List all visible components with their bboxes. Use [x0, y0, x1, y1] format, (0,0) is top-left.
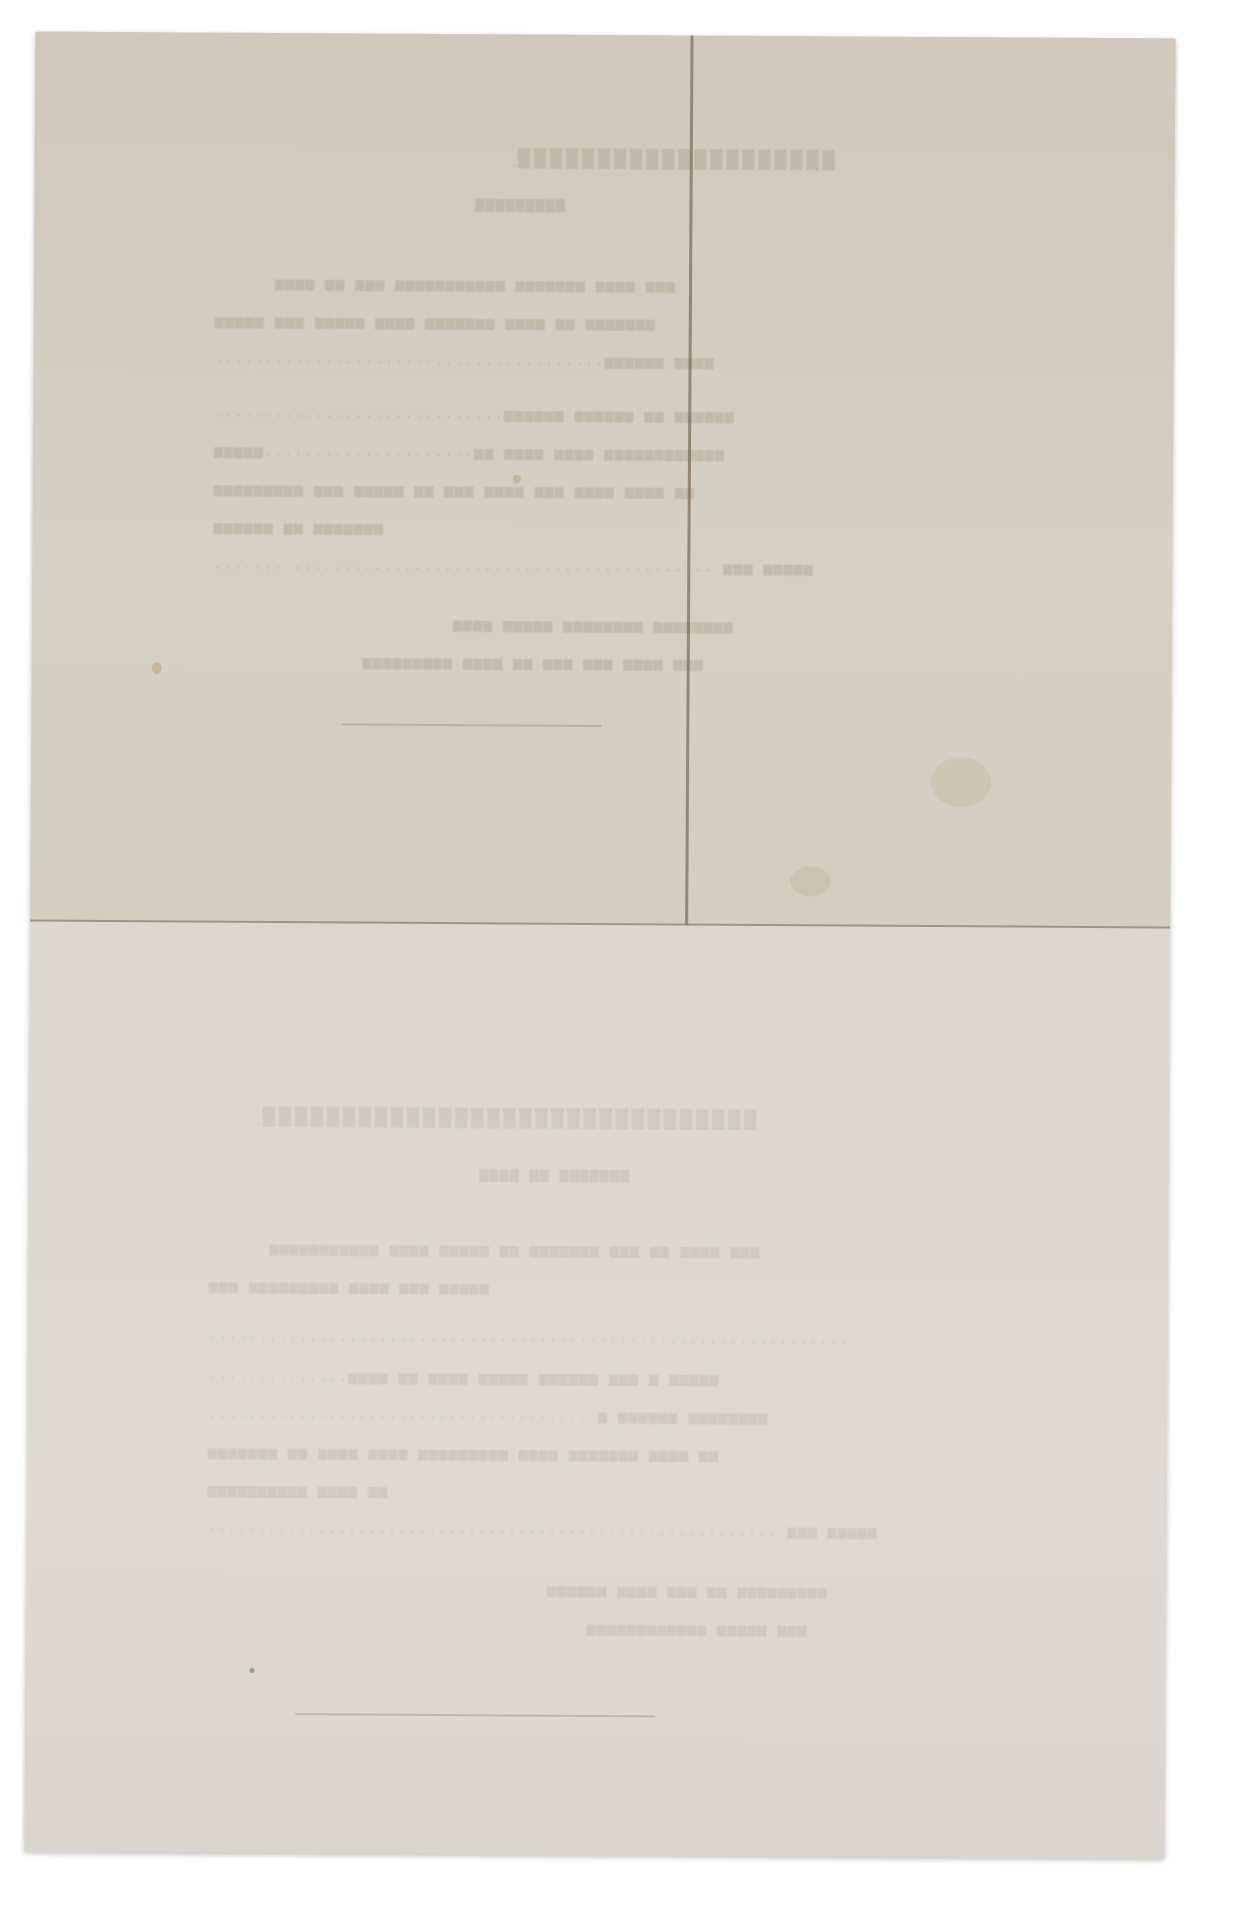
paper-sheet: ▇▇▇▇▇▇▇▇▇▇▇▇▇▇▇▇▇▇▇▇ ▆▆▆▆▆▆▆▆▆ ▅▅▅ ▅▅▅▅ … [24, 32, 1175, 1859]
upper-line-ghost: ▅▅▅▅▅▅▅ ▅▅ ▅▅▅▅ ▅▅▅▅▅▅▅ ▅▅▅▅ ▅▅▅▅▅ ▅▅▅ ▅… [214, 311, 655, 333]
upper-subtitle-ghost: ▆▆▆▆▆▆▆▆▆ [474, 194, 564, 214]
lower-line-ghost: ▅▅▅▅▅▅▅▅ ▅▅▅▅▅▅ ▅ ......................… [207, 1404, 768, 1426]
lower-title-ghost: ▇▇▇▇▇▇▇▇▇▇▇▇▇▇▇▇▇▇▇▇▇▇▇▇▇▇▇▇▇▇▇ [259, 1103, 756, 1132]
upper-line-ghost: ▅▅▅ ▅▅▅▅ ▅▅▅ ▅▅▅ ▅▅ ▅▅▅▅ ▅▅▅▅▅▅▅▅▅ [362, 652, 703, 673]
upper-line-ghost: ▅▅▅▅▅ ▅▅▅ ..............................… [212, 555, 812, 578]
upper-line-ghost: ▅▅▅▅▅▅ ▅▅ ▅▅▅▅▅▅ ▅▅▅▅▅▅.................… [213, 403, 734, 425]
lower-line-ghost: ▅▅ ▅▅▅▅ ▅▅▅▅▅▅▅▅▅▅ [207, 1480, 388, 1500]
lower-line-ghost: ▅▅▅▅▅▅▅▅▅ ▅▅ ▅▅▅ ▅▅▅▅ ▅▅▅▅▅▅ [546, 1580, 827, 1601]
ink-dot [250, 1668, 255, 1673]
upper-line-ghost: ▅▅▅▅ ▅▅▅▅▅▅.............................… [214, 349, 714, 371]
upper-line-ghost: ▅▅▅▅▅▅▅ ▅▅ ▅▅▅▅▅▅ [212, 517, 383, 537]
lower-line-ghost: ▅▅▅ ▅▅▅▅ ▅▅ ▅▅▅ ▅▅▅▅▅▅▅ ▅▅ ▅▅▅▅▅ ▅▅▅▅ ▅▅… [268, 1238, 759, 1260]
upper-line-ghost: ▅▅▅▅▅▅▅▅▅▅▅▅ ▅▅▅▅ ▅▅▅▅ ▅▅...............… [213, 441, 724, 463]
lower-line-ghost: ▅▅▅▅▅ ▅▅▅ ..............................… [206, 1518, 876, 1541]
lower-line-ghost: ▅▅▅▅▅ ▅▅▅ ▅▅▅▅ ▅▅▅▅▅▅▅▅▅ ▅▅▅ [208, 1276, 489, 1297]
lower-panel: ▇▇▇▇▇▇▇▇▇▇▇▇▇▇▇▇▇▇▇▇▇▇▇▇▇▇▇▇▇▇▇ ▆▆▆▆▆▆▆ … [24, 922, 1170, 1859]
lower-line-ghost: ▅▅▅ ▅▅▅▅▅ ▅▅▅▅▅▅▅▅▅▅▅▅ [586, 1618, 807, 1638]
upper-line-ghost: ▅▅▅ ▅▅▅▅ ▅▅▅▅▅▅▅ ▅▅▅▅▅▅▅▅▅▅▅ ▅▅▅ ▅▅ ▅▅▅▅ [274, 273, 675, 294]
stain [931, 757, 991, 807]
upper-line-ghost: ▅▅ ▅▅▅▅ ▅▅▅▅ ▅▅▅ ▅▅▅▅ ▅▅▅ ▅▅ ▅▅▅▅▅ ▅▅▅ ▅… [213, 479, 694, 501]
stain [513, 474, 521, 483]
signature-ghost [295, 1713, 655, 1717]
lower-subtitle-ghost: ▆▆▆▆▆▆▆ ▆▆ ▆▆▆▆ [479, 1164, 630, 1184]
stain [152, 662, 162, 674]
upper-title-ghost: ▇▇▇▇▇▇▇▇▇▇▇▇▇▇▇▇▇▇▇▇ [375, 144, 835, 171]
lower-line-ghost: ▅▅▅▅▅ ▅ ▅▅▅ ▅▅▅▅▅▅ ▅▅▅▅▅ ▅▅▅▅ ▅▅ ▅▅▅▅...… [207, 1366, 718, 1388]
lower-line-ghost: ▅▅ ▅▅▅▅ ▅▅▅▅▅▅▅ ▅▅▅▅ ▅▅▅▅▅▅▅▅▅ ▅▅▅▅ ▅▅▅▅… [207, 1442, 718, 1464]
lower-line-ghost: ........................................… [208, 1328, 848, 1349]
upper-line-ghost: ▅▅▅▅▅▅▅▅ ▅▅▅▅▅▅▅▅ ▅▅▅▅▅ ▅▅▅▅ [452, 614, 733, 635]
stain [790, 866, 830, 896]
upper-panel: ▇▇▇▇▇▇▇▇▇▇▇▇▇▇▇▇▇▇▇▇ ▆▆▆▆▆▆▆▆▆ ▅▅▅ ▅▅▅▅ … [30, 32, 1175, 929]
signature-ghost [341, 723, 601, 727]
